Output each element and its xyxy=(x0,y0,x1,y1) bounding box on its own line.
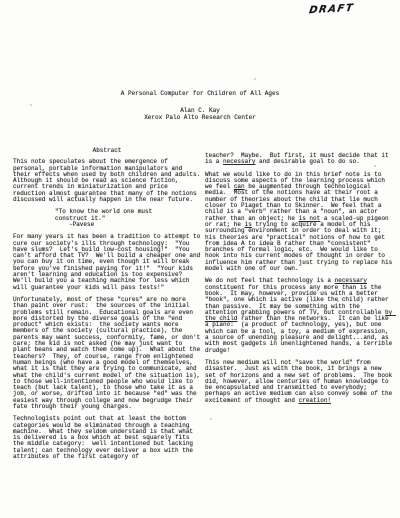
scan-speck xyxy=(210,418,212,420)
author-affiliation: Xerox Palo Alto Research Center xyxy=(0,115,400,121)
paragraph: -Pavese xyxy=(69,222,201,228)
paragraph: We do not feel that technology is a nece… xyxy=(205,278,393,354)
paragraph: This new medium will not "save the world… xyxy=(205,360,393,404)
section-heading: Abstract xyxy=(13,148,201,154)
paragraph: teacher? Maybe. But first, it must decid… xyxy=(205,153,393,166)
scan-speck xyxy=(337,300,339,302)
scan-speck xyxy=(389,262,391,264)
page-title: A Personal Computer for Children of All … xyxy=(0,91,400,97)
scan-speck xyxy=(374,165,376,167)
paragraph: What we would like to do in this brief n… xyxy=(205,172,393,273)
paragraph: Technologists point out that at least th… xyxy=(13,416,201,460)
scan-speck xyxy=(30,104,32,106)
scan-speck xyxy=(254,78,256,80)
paragraph: This note speculates about the emergence… xyxy=(13,159,201,203)
left-column: AbstractThis note speculates about the e… xyxy=(13,148,201,466)
paragraph: For many years it has been a tradition t… xyxy=(13,234,201,291)
draft-annotation: DRAFT xyxy=(309,6,355,15)
right-column: teacher? Maybe. But first, it must decid… xyxy=(205,153,393,410)
paragraph: Unfortunately, most of these "cures" are… xyxy=(13,297,201,410)
document-page: DRAFT A Personal Computer for Children o… xyxy=(0,0,400,518)
title-block: A Personal Computer for Children of All … xyxy=(0,91,400,121)
